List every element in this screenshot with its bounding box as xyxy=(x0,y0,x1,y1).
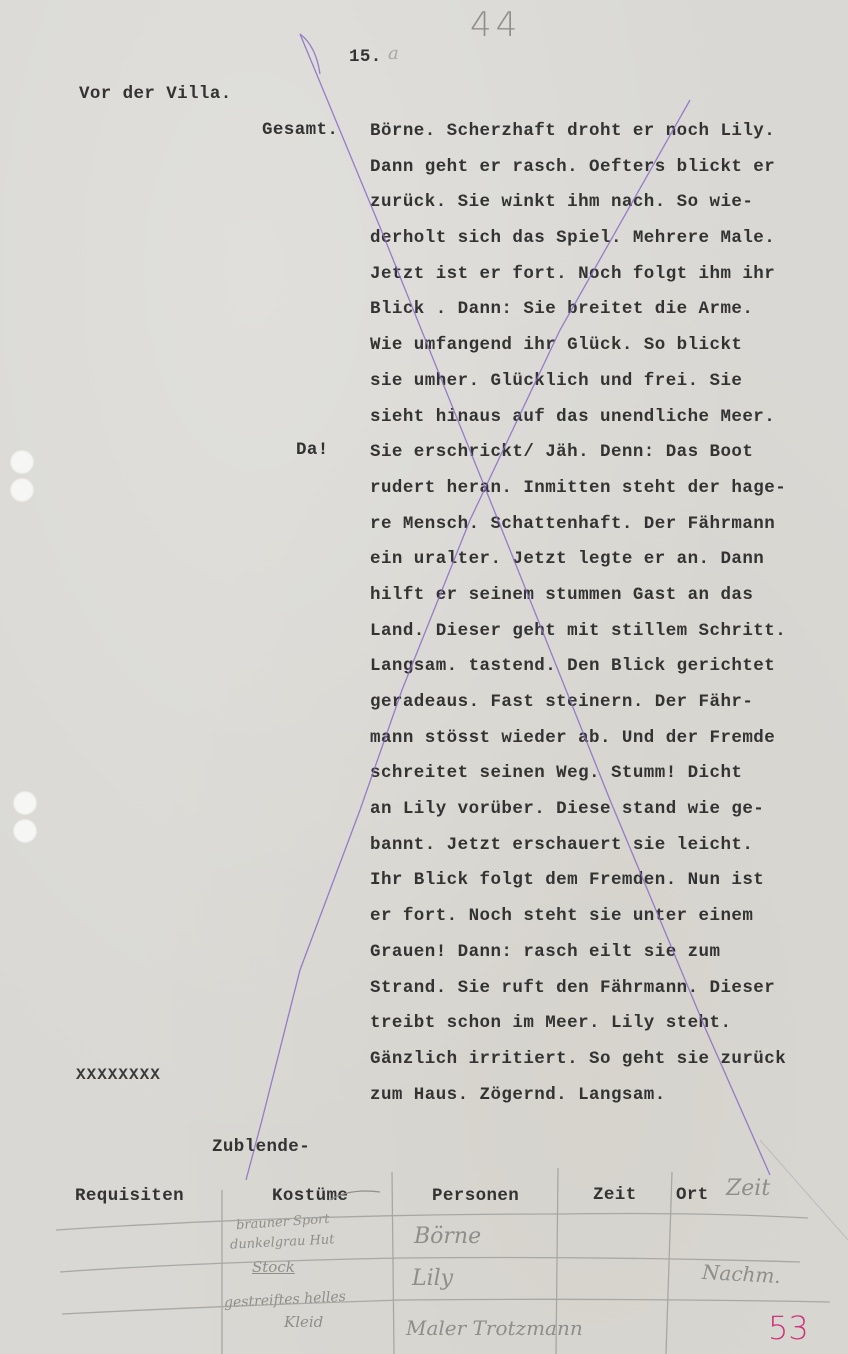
archive-number-pencil: 44 xyxy=(470,8,521,42)
body-line: Strand. Sie ruft den Fährmann. Dieser xyxy=(370,978,786,1014)
body-line: sieht hinaus auf das unendliche Meer. xyxy=(370,407,786,443)
table-header-kostueme: Kostüme xyxy=(272,1188,348,1206)
transition-label: Zublende- xyxy=(212,1139,310,1157)
ort-entry: Nachm. xyxy=(702,1262,782,1286)
body-line: Ihr Blick folgt dem Fremden. Nun ist xyxy=(370,870,786,906)
body-line: mann stösst wieder ab. Und der Fremde xyxy=(370,728,786,764)
body-line: Sie erschrickt/ Jäh. Denn: Das Boot xyxy=(370,442,786,478)
costume-note: gestreiftes helles xyxy=(224,1290,347,1310)
table-header-requisiten: Requisiten xyxy=(75,1188,184,1206)
body-line: rudert heran. Inmitten steht der hage- xyxy=(370,478,786,514)
body-line: Dann geht er rasch. Oefters blickt er xyxy=(370,157,786,193)
ort-header-pencil-note: Zeit xyxy=(726,1178,770,1200)
body-line: zum Haus. Zögernd. Langsam. xyxy=(370,1085,786,1121)
struck-out-word: XXXXXXXX xyxy=(76,1067,161,1083)
body-line: schreitet seinen Weg. Stumm! Dicht xyxy=(370,763,786,799)
document-page: 44 15. a Vor der Villa. Gesamt. Da! Börn… xyxy=(0,0,848,1354)
body-line: geradeaus. Fast steinern. Der Fähr- xyxy=(370,692,786,728)
table-header-zeit: Zeit xyxy=(593,1187,637,1205)
body-line: Grauen! Dann: rasch eilt sie zum xyxy=(370,942,786,978)
costume-note: dunkelgrau Hut xyxy=(230,1233,335,1251)
body-line: re Mensch. Schattenhaft. Der Fährmann xyxy=(370,514,786,550)
body-line: Land. Dieser geht mit stillem Schritt. xyxy=(370,621,786,657)
body-line: derholt sich das Spiel. Mehrere Male. xyxy=(370,228,786,264)
page-number-pencil-suffix: a xyxy=(388,45,399,63)
punch-hole xyxy=(10,478,34,502)
table-header-personen: Personen xyxy=(432,1188,519,1206)
shot-label-da: Da! xyxy=(296,442,329,460)
costume-note: Stock xyxy=(252,1260,295,1275)
page-number: 15. xyxy=(349,49,382,67)
punch-hole xyxy=(10,450,34,474)
person-entry: Maler Trotzmann xyxy=(406,1318,583,1338)
body-line: sie umher. Glücklich und frei. Sie xyxy=(370,371,786,407)
body-line: bannt. Jetzt erschauert sie leicht. xyxy=(370,835,786,871)
body-line: zurück. Sie winkt ihm nach. So wie- xyxy=(370,192,786,228)
body-line: treibt schon im Meer. Lily steht. xyxy=(370,1013,786,1049)
body-line: Gänzlich irritiert. So geht sie zurück xyxy=(370,1049,786,1085)
body-line: Langsam. tastend. Den Blick gerichtet xyxy=(370,656,786,692)
body-line: Börne. Scherzhaft droht er noch Lily. xyxy=(370,121,786,157)
body-line: an Lily vorüber. Diese stand wie ge- xyxy=(370,799,786,835)
body-line: ein uralter. Jetzt legte er an. Dann xyxy=(370,549,786,585)
body-line: Wie umfangend ihr Glück. So blickt xyxy=(370,335,786,371)
scene-description: Börne. Scherzhaft droht er noch Lily. Da… xyxy=(370,121,786,1120)
body-line: hilft er seinem stummen Gast an das xyxy=(370,585,786,621)
person-entry: Lily xyxy=(412,1268,453,1290)
costume-note: brauner Sport xyxy=(236,1213,330,1232)
shot-label-gesamt: Gesamt. xyxy=(262,122,338,140)
table-header-ort: Ort xyxy=(676,1187,709,1205)
scene-heading: Vor der Villa. xyxy=(79,86,232,104)
folio-number-red: 53 xyxy=(768,1312,809,1344)
body-line: er fort. Noch steht sie unter einem xyxy=(370,906,786,942)
punch-hole xyxy=(13,819,37,843)
costume-note: Kleid xyxy=(284,1315,323,1330)
body-line: Jetzt ist er fort. Noch folgt ihm ihr xyxy=(370,264,786,300)
punch-hole xyxy=(13,791,37,815)
person-entry: Börne xyxy=(414,1226,481,1248)
pencil-stroke xyxy=(760,1140,848,1240)
body-line: Blick . Dann: Sie breitet die Arme. xyxy=(370,299,786,335)
